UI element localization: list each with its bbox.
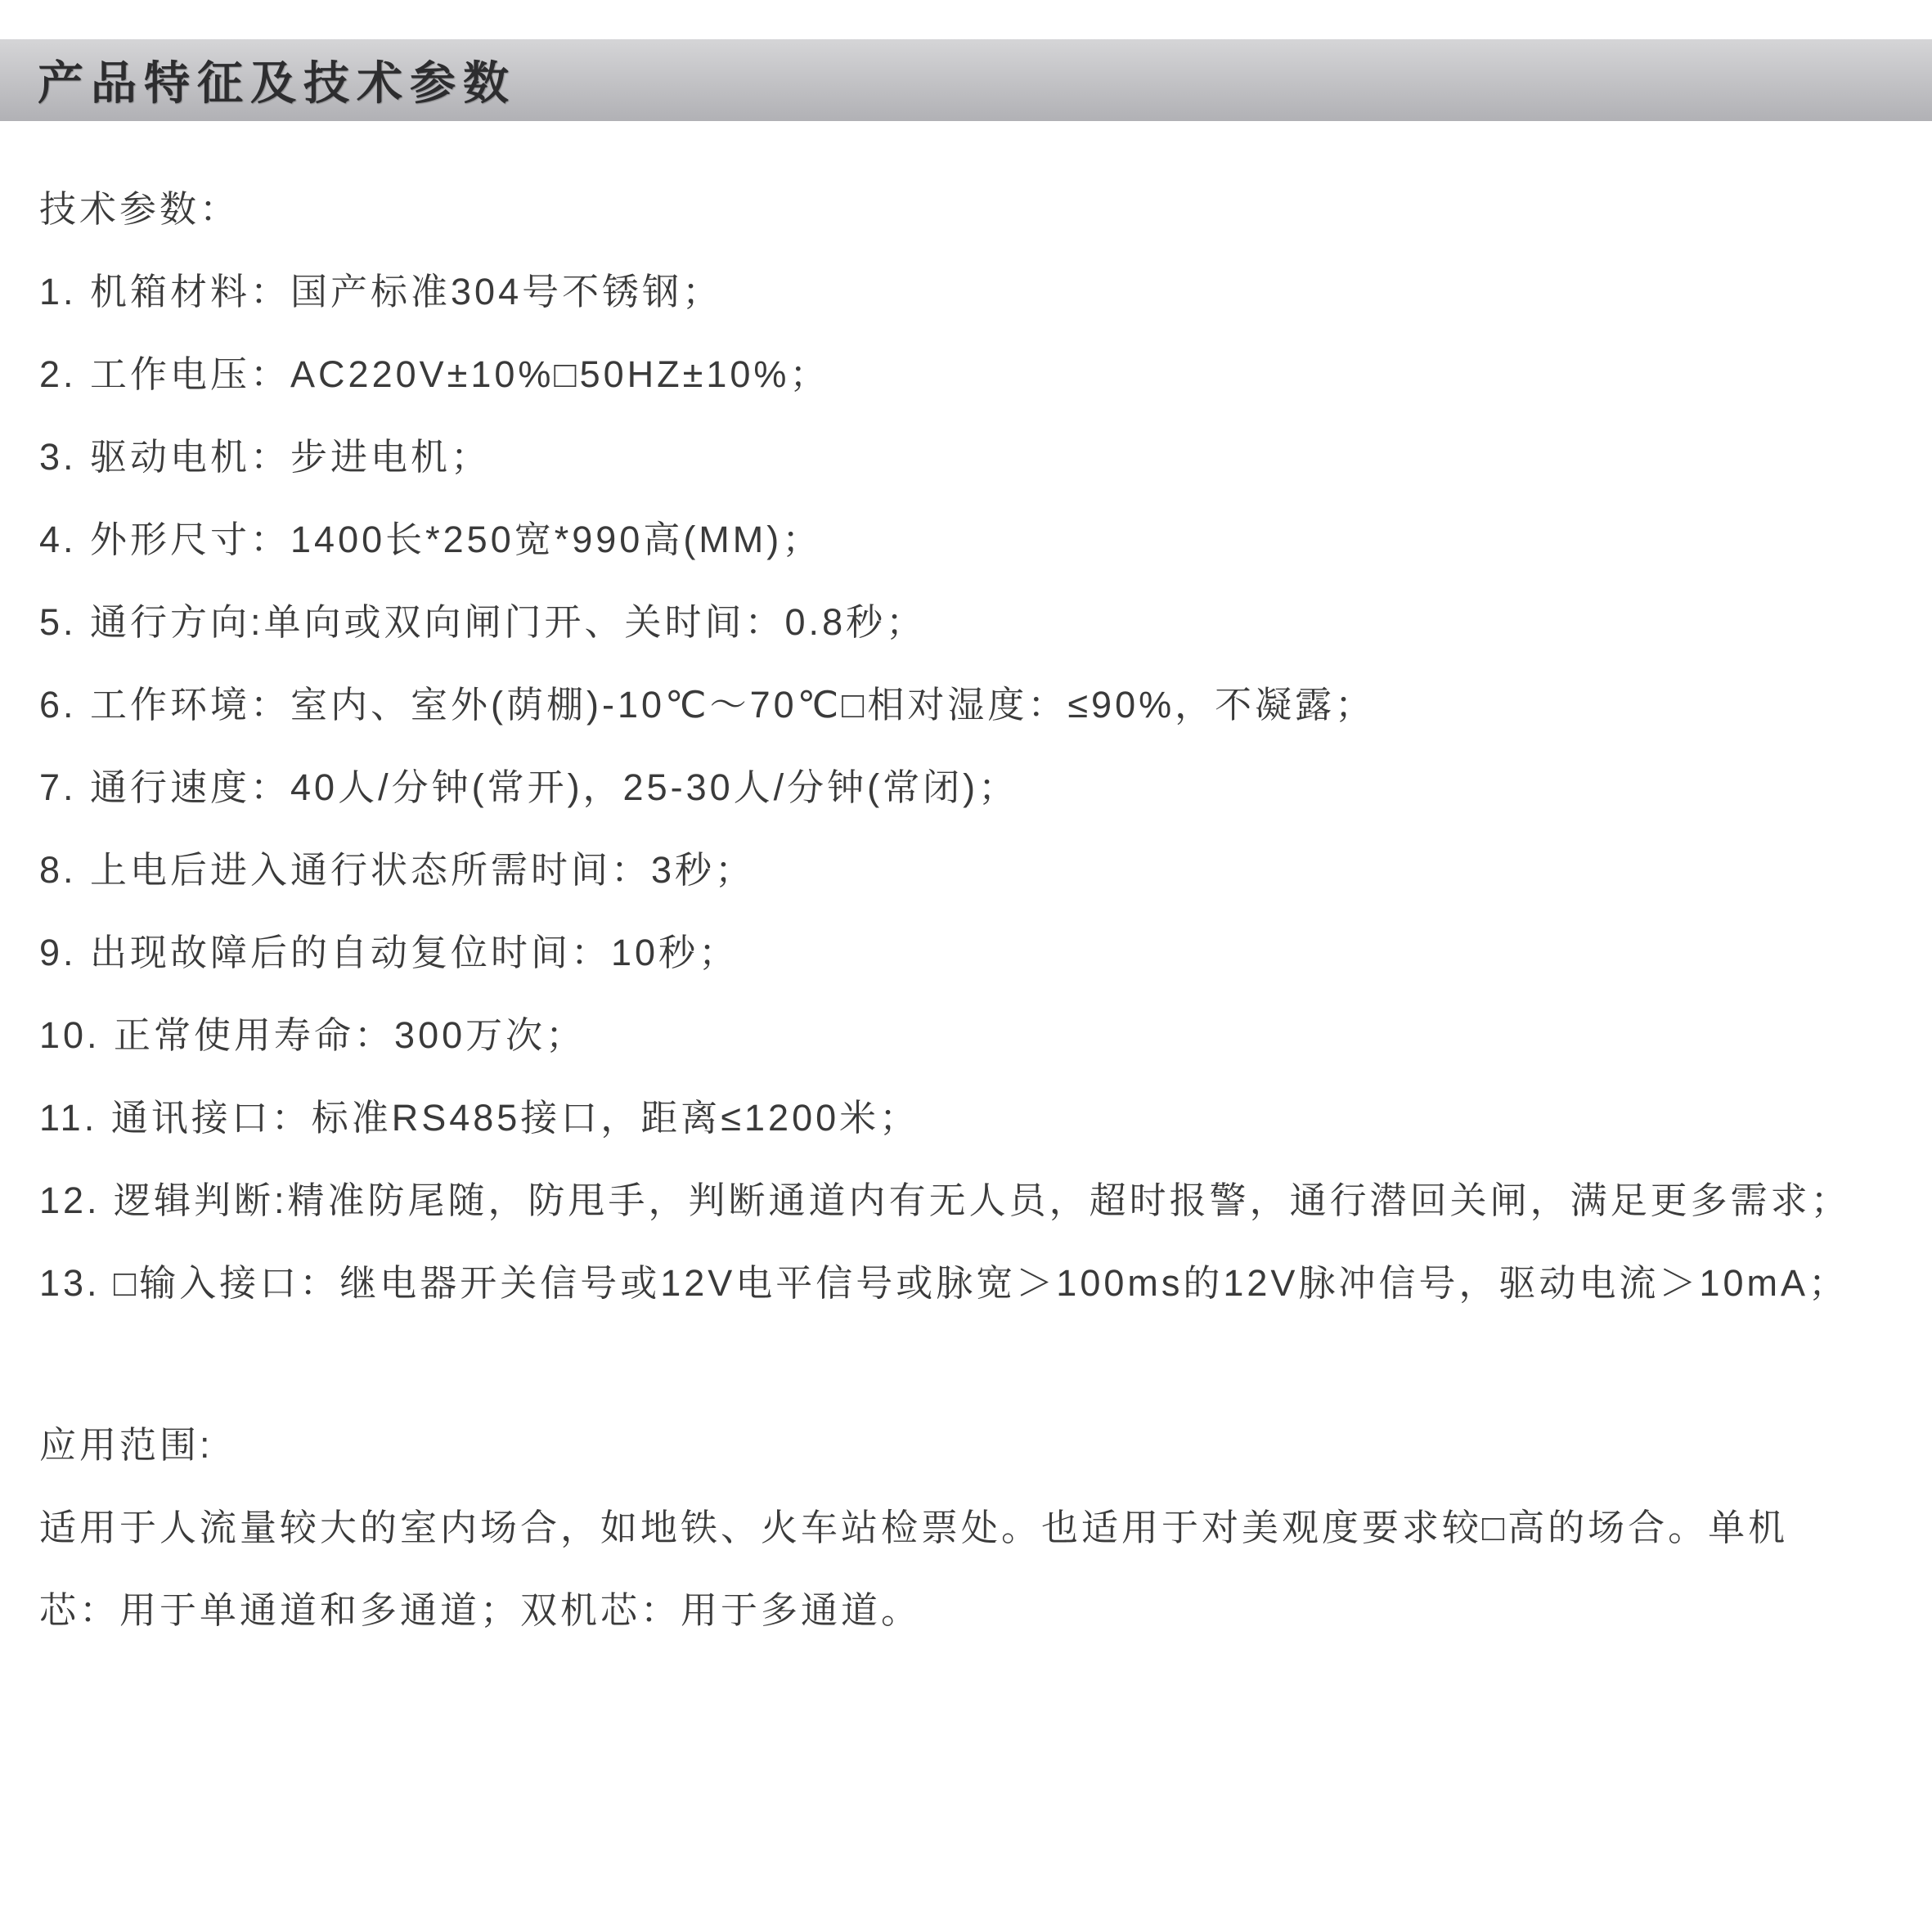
tech-param-item-11: 11. 通讯接口：标准RS485接口，距离≤1200米； <box>39 1076 1907 1159</box>
tech-param-item-2: 2. 工作电压：AC220V±10%□50HZ±10%； <box>39 333 1907 416</box>
tech-param-item-6: 6. 工作环境：室内、室外(荫棚)-10℃～70℃□相对湿度：≤90%，不凝露； <box>39 663 1907 746</box>
tech-param-item-1: 1. 机箱材料：国产标准304号不锈钢； <box>39 250 1907 333</box>
application-paragraph-line-2: 芯：用于单通道和多通道；双机芯：用于多通道。 <box>39 1569 1907 1651</box>
application-paragraph-line-1: 适用于人流量较大的室内场合，如地铁、火车站检票处。也适用于对美观度要求较□高的场… <box>39 1486 1907 1569</box>
page-root: { "header": { "title": "产品特征及技术参数" }, "t… <box>0 0 1932 1932</box>
section-header-bar: 产品特征及技术参数 <box>0 39 1932 121</box>
tech-param-item-10: 10. 正常使用寿命：300万次； <box>39 994 1907 1076</box>
tech-param-item-9: 9. 出现故障后的自动复位时间：10秒； <box>39 911 1907 994</box>
tech-params-heading: 技术参数： <box>39 168 1907 250</box>
document-body: 技术参数： 1. 机箱材料：国产标准304号不锈钢； 2. 工作电压：AC220… <box>0 121 1932 1651</box>
tech-param-item-3: 3. 驱动电机：步进电机； <box>39 416 1907 498</box>
page-title: 产品特征及技术参数 <box>0 47 516 113</box>
application-heading: 应用范围: <box>39 1404 1907 1486</box>
tech-param-item-13: 13. □输入接口：继电器开关信号或12V电平信号或脉宽＞100ms的12V脉冲… <box>39 1242 1907 1324</box>
tech-param-item-4: 4. 外形尺寸：1400长*250宽*990高(MM)； <box>39 498 1907 581</box>
tech-param-item-12: 12. 逻辑判断:精准防尾随，防甩手，判断通道内有无人员，超时报警，通行潜回关闸… <box>39 1159 1907 1242</box>
tech-param-item-8: 8. 上电后进入通行状态所需时间：3秒； <box>39 829 1907 911</box>
tech-param-item-7: 7. 通行速度：40人/分钟(常开)，25-30人/分钟(常闭)； <box>39 746 1907 829</box>
tech-param-item-5: 5. 通行方向:单向或双向闸门开、关时间：0.8秒； <box>39 581 1907 663</box>
